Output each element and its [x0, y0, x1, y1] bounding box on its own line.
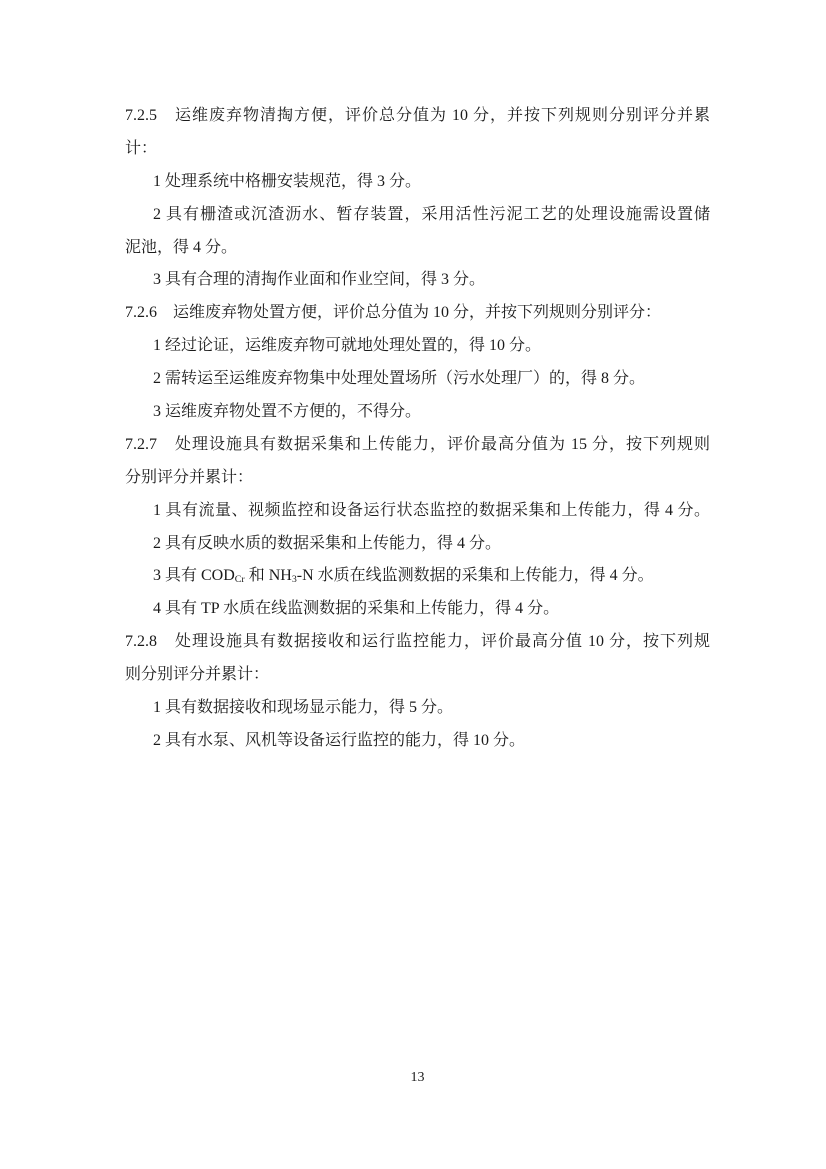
document-line: 1 具有数据接收和现场显示能力，得 5 分。: [125, 692, 710, 725]
line-text: 3 具有 COD: [153, 567, 235, 584]
line-text: 7.2.8 处理设施具有数据接收和运行监控能力，评价最高分值 10 分，按下列规: [125, 633, 710, 650]
line-text: 7.2.5 运维废弃物清掏方便，评价总分值为 10 分，并按下列规则分别评分并累: [125, 107, 710, 124]
document-line: 4 具有 TP 水质在线监测数据的采集和上传能力，得 4 分。: [125, 593, 710, 626]
subscript-text: Cr: [235, 574, 245, 585]
page-number: 13: [125, 1070, 710, 1086]
document-body: 7.2.5 运维废弃物清掏方便，评价总分值为 10 分，并按下列规则分别评分并累…: [125, 100, 710, 758]
document-line: 2 具有反映水质的数据采集和上传能力，得 4 分。: [125, 528, 710, 561]
line-text: 1 处理系统中格栅安装规范，得 3 分。: [153, 173, 421, 190]
document-line: 1 具有流量、视频监控和设备运行状态监控的数据采集和上传能力，得 4 分。: [125, 495, 710, 528]
document-line: 2 需转运至运维废弃物集中处理处置场所（污水处理厂）的，得 8 分。: [125, 363, 710, 396]
document-line: 分别评分并累计：: [125, 462, 710, 495]
document-line: 2 具有栅渣或沉渣沥水、暂存装置，采用活性污泥工艺的处理设施需设置储: [125, 199, 710, 232]
line-text: 3 具有合理的清掏作业面和作业空间，得 3 分。: [153, 271, 485, 288]
document-line: 7.2.5 运维废弃物清掏方便，评价总分值为 10 分，并按下列规则分别评分并累: [125, 100, 710, 133]
document-line: 泥池，得 4 分。: [125, 232, 710, 265]
document-line: 7.2.8 处理设施具有数据接收和运行监控能力，评价最高分值 10 分，按下列规: [125, 626, 710, 659]
line-text: 2 具有水泵、风机等设备运行监控的能力，得 10 分。: [153, 732, 525, 749]
line-text: 2 需转运至运维废弃物集中处理处置场所（污水处理厂）的，得 8 分。: [153, 370, 645, 387]
line-text: 则分别评分并累计：: [125, 666, 269, 683]
document-line: 3 具有合理的清掏作业面和作业空间，得 3 分。: [125, 264, 710, 297]
document-line: 则分别评分并累计：: [125, 659, 710, 692]
line-text: 1 经过论证，运维废弃物可就地处理处置的，得 10 分。: [153, 337, 541, 354]
line-text: 2 具有反映水质的数据采集和上传能力，得 4 分。: [153, 535, 501, 552]
line-text: 4 具有 TP 水质在线监测数据的采集和上传能力，得 4 分。: [153, 600, 559, 617]
document-line: 计：: [125, 133, 710, 166]
line-text: 分别评分并累计：: [125, 469, 253, 486]
line-text: 1 具有流量、视频监控和设备运行状态监控的数据采集和上传能力，得 4 分。: [153, 502, 710, 519]
document-line: 2 具有水泵、风机等设备运行监控的能力，得 10 分。: [125, 725, 710, 758]
document-line: 7.2.6 运维废弃物处置方便，评价总分值为 10 分，并按下列规则分别评分：: [125, 297, 710, 330]
line-text: 泥池，得 4 分。: [125, 239, 237, 256]
line-text: 2 具有栅渣或沉渣沥水、暂存装置，采用活性污泥工艺的处理设施需设置储: [153, 206, 710, 223]
line-text: 和 NH: [245, 567, 292, 584]
line-text: 1 具有数据接收和现场显示能力，得 5 分。: [153, 699, 453, 716]
line-text: 3 运维废弃物处置不方便的，不得分。: [153, 403, 421, 420]
document-line: 1 处理系统中格栅安装规范，得 3 分。: [125, 166, 710, 199]
document-page: 7.2.5 运维废弃物清掏方便，评价总分值为 10 分，并按下列规则分别评分并累…: [0, 0, 826, 1169]
line-text: -N 水质在线监测数据的采集和上传能力，得 4 分。: [297, 567, 654, 584]
document-line: 1 经过论证，运维废弃物可就地处理处置的，得 10 分。: [125, 330, 710, 363]
document-line: 3 具有 CODCr 和 NH3-N 水质在线监测数据的采集和上传能力，得 4 …: [125, 560, 710, 593]
line-text: 7.2.6 运维废弃物处置方便，评价总分值为 10 分，并按下列规则分别评分：: [125, 304, 661, 321]
line-text: 计：: [125, 140, 157, 157]
line-text: 7.2.7 处理设施具有数据采集和上传能力，评价最高分值为 15 分，按下列规则: [125, 436, 710, 453]
document-line: 7.2.7 处理设施具有数据采集和上传能力，评价最高分值为 15 分，按下列规则: [125, 429, 710, 462]
document-line: 3 运维废弃物处置不方便的，不得分。: [125, 396, 710, 429]
